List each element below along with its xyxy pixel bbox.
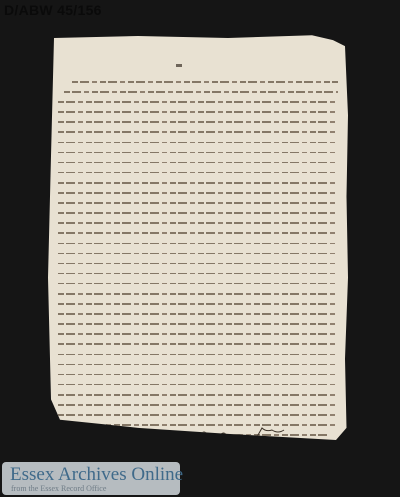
signature-mark <box>198 426 288 444</box>
manuscript-page <box>48 34 348 440</box>
essex-archives-badge[interactable]: Essex Archives Online from the Essex Rec… <box>2 462 180 495</box>
ink-mark <box>176 64 182 67</box>
handwritten-text <box>58 78 338 441</box>
document-reference: D/ABW 45/156 <box>4 2 102 18</box>
footer-title: Essex Archives Online <box>10 464 183 486</box>
footer-subtitle: from the Essex Record Office <box>11 484 106 493</box>
